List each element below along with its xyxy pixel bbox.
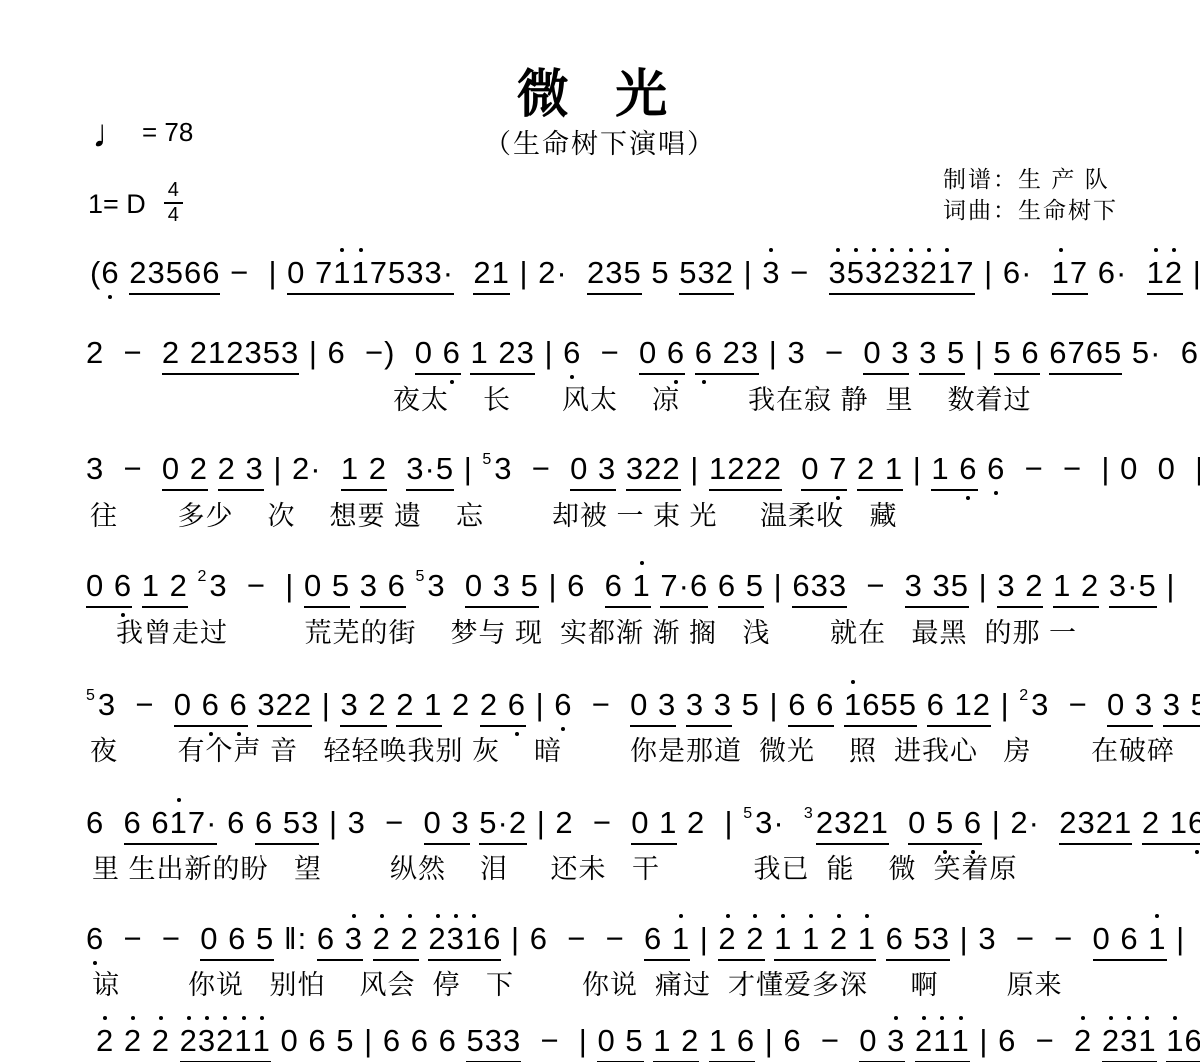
lyrics-line-6: 里 生出新的盼 望 纵然 泪 还未 干 我已 能 微 笑着原	[92, 847, 1018, 886]
key-signature: 1= D44	[88, 180, 183, 226]
tempo-value: = 78	[142, 117, 193, 147]
key-text: 1= D	[88, 189, 146, 219]
notation-line-3: 3 − 0 2 2 3 | 2· 1 2 3·5 | 53 − 0 3 322 …	[86, 450, 1200, 487]
notation-line-2: 2 − 2 212353 | 6 −) 0 6 1 23 | 6 − 0 6 6…	[86, 334, 1200, 371]
time-signature-numerator: 4	[164, 180, 183, 204]
credit-arranger: 制谱：生 产 队	[943, 164, 1118, 195]
time-signature: 44	[164, 180, 183, 226]
notation-line-4: 0 6 1 2 23 − | 0 5 3 6 53 0 3 5 | 6 6 1 …	[86, 567, 1175, 604]
tempo-marking: ♩= 78	[92, 112, 193, 157]
notation-line-8: 2 2 2 23211 0 6 5 | 6 6 6 533 − | 0 5 1 …	[96, 1022, 1200, 1059]
lyrics-line-7: 谅 你说 别怕 风会 停 下 你说 痛过 才懂爱多深 啊 原来	[92, 963, 1063, 1002]
lyrics-line-2: 夜太 长 风太 凉 我在寂 静 里 数着过	[393, 378, 1032, 417]
lyrics-line-3: 往 多少 次 想要 遗 忘 却被 一 束 光 温柔收 藏	[90, 494, 898, 533]
lyrics-line-5: 夜 有个声 音 轻轻唤我别 灰 暗 你是那道 微光 照 进我心 房 在破碎	[90, 729, 1175, 768]
notation-line-6: 6 6 617· 6 6 53 | 3 − 0 3 5·2 | 2 − 0 1 …	[86, 804, 1200, 841]
notation-line-5: 53 − 0 6 6 322 | 3 2 2 1 2 2 6 | 6 − 0 3…	[86, 686, 1200, 723]
credits-block: 制谱：生 产 队 词曲：生命树下	[943, 164, 1118, 226]
notation-line-1: (6 23566 − | 0 7117533· 21 | 2· 235 5 53…	[90, 254, 1200, 291]
time-signature-denominator: 4	[164, 204, 183, 226]
sheet-music-page: 微 光 （生命树下演唱） ♩= 78 1= D44 制谱：生 产 队 词曲：生命…	[0, 0, 1200, 1062]
quarter-note-icon: ♩	[92, 112, 132, 156]
lyrics-line-4: 我曾走过 荒芜的街 梦与 现 实都渐 渐 搁 浅 就在 最黑 的那 一	[116, 611, 1077, 650]
credit-composer: 词曲：生命树下	[943, 195, 1118, 226]
notation-line-7: 6 − − 0 6 5 ‖: 6 3 2 2 2316 | 6 − − 6 1 …	[86, 920, 1185, 957]
